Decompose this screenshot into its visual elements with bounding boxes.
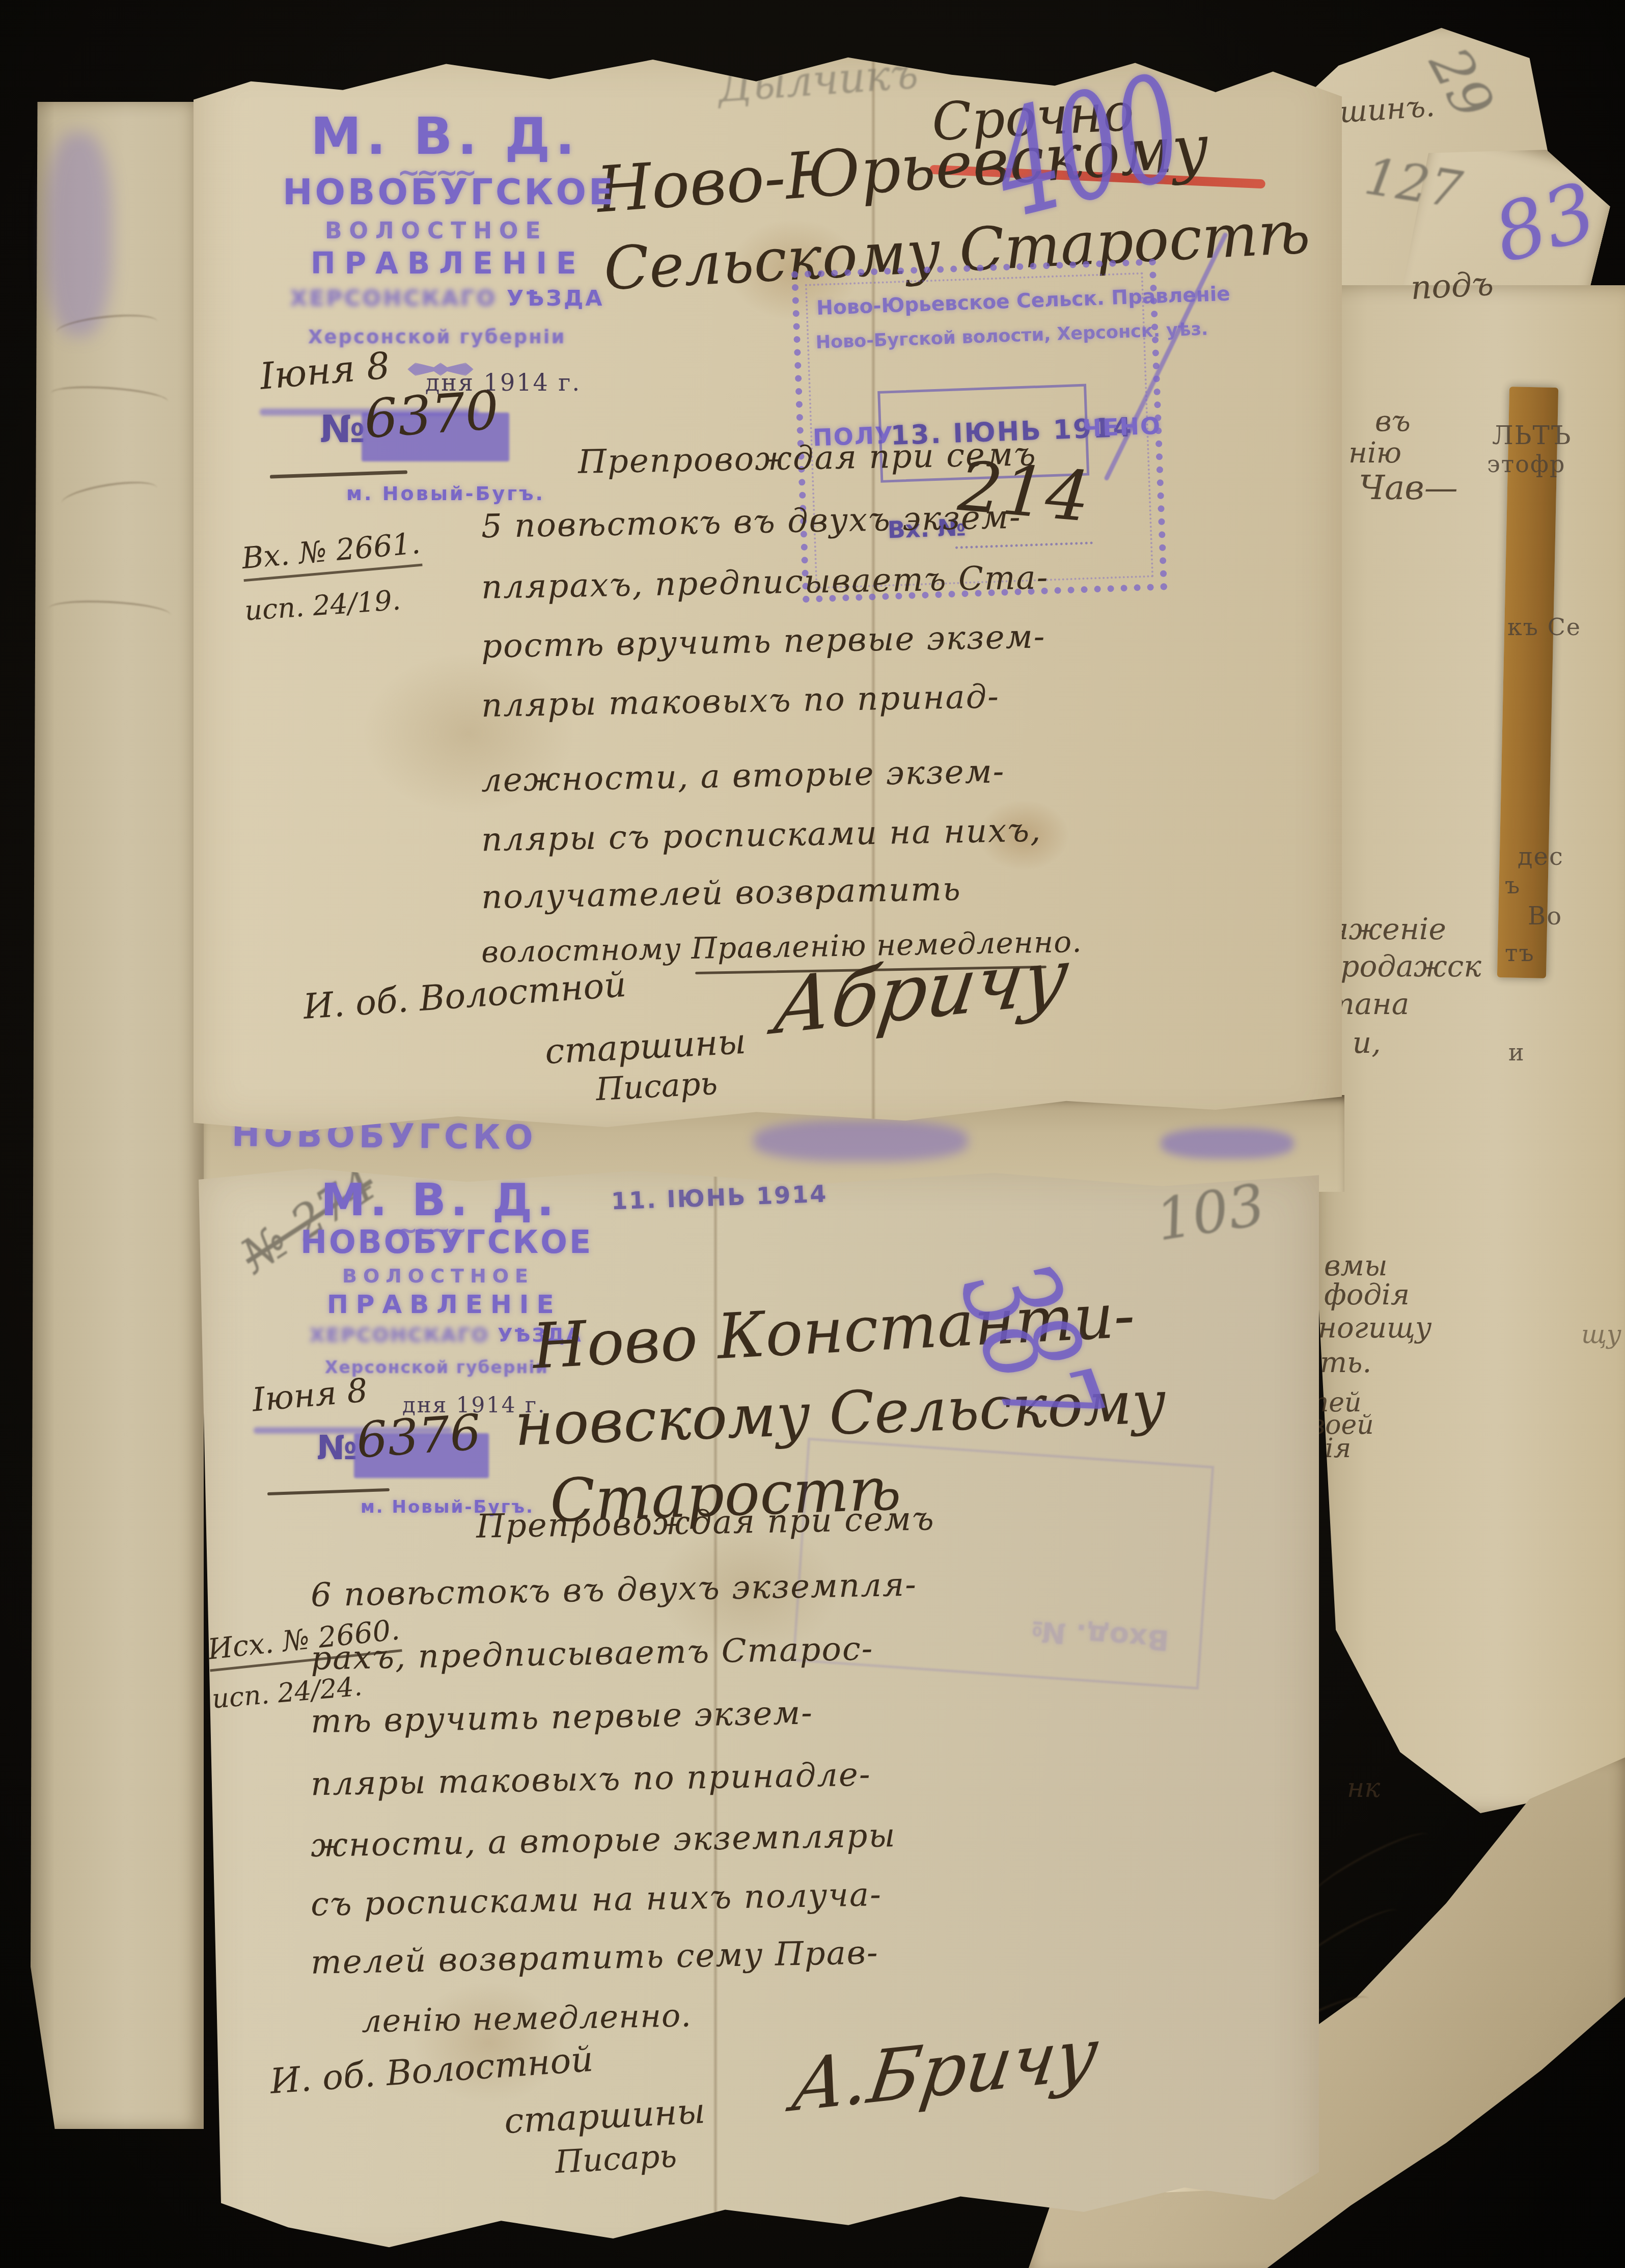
fragment-ink-nk: нк [1347,1775,1380,1801]
doc2-signoff-line1: И. об. Волостной [269,2042,594,2099]
fragment-print-t: тъ [1505,941,1535,965]
fragment-ink-niyu: нію [1348,439,1401,468]
document-2-sheet: № 274 М. В. Д. ~~~~ НОВОБУГСКОЕ ВОЛОСТНО… [199,1166,1319,2268]
fragment-print-hard: ъ [1505,873,1521,897]
doc2-autograph: А.Бричу [788,2018,1103,2123]
doc1-body-line: Препровождая при семъ [578,438,1037,479]
fragment-ink-v: въ [1375,407,1411,436]
doc2-signoff-line3: Писарь [555,2140,678,2178]
number-ink-dash [270,470,407,478]
doc2-body-line: жности, а вторые экземпляры [311,1819,896,1862]
fragment-ink-nogishu: ногищу [1318,1314,1432,1343]
letterhead-number-handwritten: 6370 [363,384,501,446]
doc2-signoff-line2: старшины [503,2094,706,2140]
doc1-signoff-line2: старшины [544,1025,747,1070]
fragment-ink-prodazh: продажск [1321,951,1481,981]
doc2-body-line: 6 повѣстокъ въ двухъ экземпля- [311,1569,918,1612]
letterhead-org4: ХЕРСОНСКАГО УѢЗДА [290,288,604,310]
doc1-margin-note-line1: Вх. № 2661. [240,528,422,582]
number-ink-dash [267,1488,390,1495]
received-stamp-cheno: ЧЕНО [1082,414,1162,440]
doc1-body-line: 5 повѣстокъ въ двухъ экзем- [481,501,1022,543]
between-strip-purple-smear [1161,1128,1293,1159]
letterhead-org4-word2: УѢЗДА [507,286,604,311]
letterhead-org3: ПРАВЛЕНІЕ [327,1292,562,1317]
fragment-print-des: дес [1518,844,1564,869]
letterhead-org1: НОВОБУГСКОЕ [283,174,616,210]
letterhead-number-handwritten: 6376 [355,1408,482,1465]
fragment-ink-iya: ія [1325,1435,1351,1462]
doc1-purple-number: 400 [981,55,1195,240]
fragment-ink-chav: Чав— [1359,471,1458,505]
fragment-print-lt: ЛЬТЪ [1492,423,1572,448]
doc1-body-line: получателей возвратить [481,873,962,914]
between-strip-purple-smear [754,1121,968,1161]
ghost-stamp-label: Вход. № [1030,1616,1170,1654]
doc1-body-line: ростѣ вручить первые экзем- [481,620,1046,663]
fragment-print-i: и [1508,1041,1525,1064]
letterhead-org4-smudged-word: ХЕРСОНСКАГО [310,1324,489,1346]
fragment-pencil-127: 127 [1361,151,1465,216]
fragment-ink-shin: шинъ. [1338,91,1436,127]
doc2-body-line: телей возвратить сему Прав- [311,1936,879,1979]
doc1-body-line: плярахъ, предписываетъ Ста- [481,561,1049,604]
doc2-body-line: ленію немедленно. [362,2000,692,2037]
fragment-print-vo: Во [1528,904,1562,928]
left-strip-purple-smear [46,132,112,336]
letterhead-date-handwritten: Іюня 8 [251,1374,369,1417]
doc1-signoff-line3: Писарь [595,1068,719,1105]
fragment-ink-fodiya: фодія [1324,1281,1410,1309]
doc2-pencil-page-number: 103 [1152,1176,1269,1249]
letterhead-no-sign: № [320,411,365,448]
received-dotted-line [955,541,1093,549]
doc1-signoff-line1: И. об. Волостной [302,968,627,1025]
doc2-body-line: рахъ, предписываетъ Старос- [311,1632,874,1675]
doc1-top-scribble: Дылчикъ [717,53,920,108]
archival-photo: шинъ. 29 127 подъ 83 въ нію Чав— ЛЬТЪ эт… [0,0,1625,2268]
letterhead-place: м. Новый-Бугъ. [346,484,545,503]
doc1-margin-note-line2: исп. 24/19. [243,586,401,624]
letterhead-no-sign: № [317,1431,357,1465]
letterhead-mvd: М. В. Д. [311,111,580,162]
doc2-body-line: пляры таковыхъ по принадле- [311,1758,871,1800]
received-stamp-org-line1: Ново-Юрьевское Сельск. Правленіе [816,284,1230,318]
fragment-print-tofr: этофр [1487,452,1565,476]
doc1-body-line: лежности, а вторые экзем- [481,755,1005,797]
fragment-print-kse: къ Се [1507,615,1581,639]
fragment-ink-yazhenie: яженіе [1329,914,1446,944]
doc1-body-line: пляры съ росписками на нихъ, [481,814,1042,856]
letterhead-mvd: М. В. Д. [321,1178,559,1222]
received-stamp-box: Ново-Юрьевское Сельск. Правленіе Ново-Бу… [791,259,1167,603]
letterhead-org3: ПРАВЛЕНІЕ [311,249,586,278]
letterhead-org2: ВОЛОСТНОЕ [325,220,547,242]
document-1-sheet: Дылчикъ Срочно Ново-Юрьевскому Сельскому… [194,51,1342,1136]
fragment-ink-shchu: щу [1581,1322,1621,1347]
crumple-pencil-scribble [1306,1824,1434,1908]
fragment-ink-vmy: вмы [1324,1252,1388,1280]
doc1-body-line: пляры таковыхъ по принад- [481,680,1000,722]
fragment-ink-pod: подъ [1410,268,1494,305]
received-stamp-org-line2: Ново-Бугской волости, Херсонск. уѣз. [815,320,1208,352]
letterhead-org1: НОВОБУГСКОЕ [300,1226,593,1258]
letterhead-org5: Херсонской губерніи [308,327,566,346]
fragment-ink-t2: ть. [1320,1349,1371,1377]
letterhead-org4-smudged-word: ХЕРСОНСКАГО [290,286,497,311]
letterhead-org2: ВОЛОСТНОЕ [342,1266,534,1286]
doc2-body-line: Препровождая при семъ [476,1502,935,1543]
doc2-body-line: тѣ вручить первые экзем- [311,1697,814,1738]
doc2-body-line: съ росписками на нихъ получа- [311,1878,883,1921]
doc2-date-stamp: 11. ІЮНЬ 1914 [611,1182,828,1213]
